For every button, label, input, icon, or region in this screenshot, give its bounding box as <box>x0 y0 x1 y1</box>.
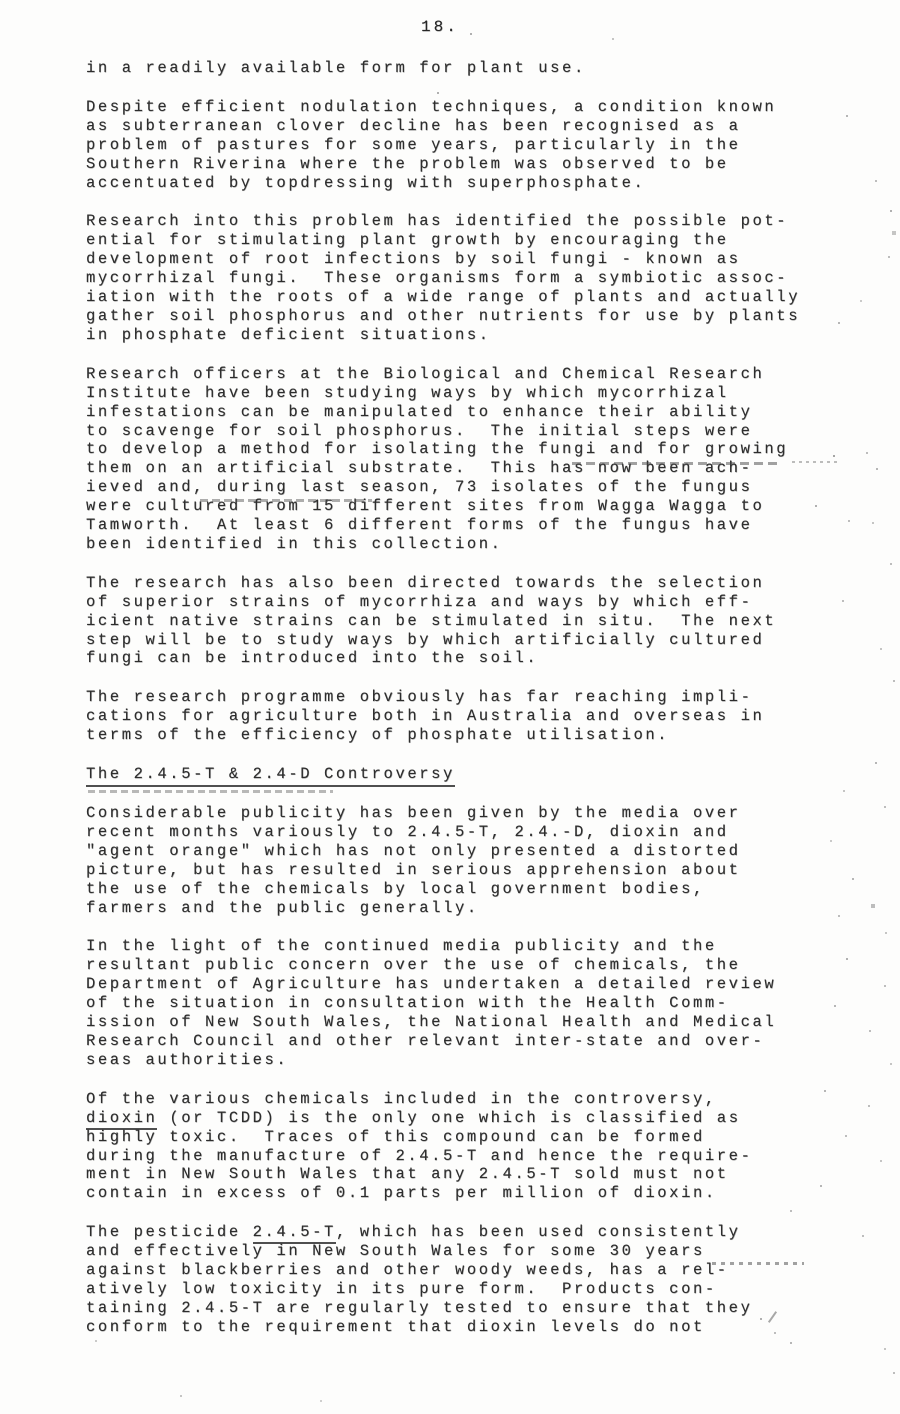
text-line: as subterranean clover decline has been … <box>86 117 846 136</box>
text-line: The research programme obviously has far… <box>86 688 846 707</box>
text-line: Research into this problem has identifie… <box>86 212 846 231</box>
paragraph: In the light of the continued media publ… <box>86 937 846 1069</box>
text-line: Research officers at the Biological and … <box>86 365 846 384</box>
text-line: Tamworth. At least 6 different forms of … <box>86 516 846 535</box>
text-line: Institute have been studying ways by whi… <box>86 384 846 403</box>
paragraph: Considerable publicity has been given by… <box>86 804 846 917</box>
text-line: taining 2.4.5-T are regularly tested to … <box>86 1299 846 1318</box>
text-line: fungi can be introduced into the soil. <box>86 649 846 668</box>
text-line: the use of the chemicals by local govern… <box>86 880 846 899</box>
text-line: to develop a method for isolating the fu… <box>86 440 846 459</box>
text-line: dioxin (or TCDD) is the only one which i… <box>86 1109 846 1128</box>
text-line: highly toxic. Traces of this compound ca… <box>86 1128 846 1147</box>
text-line: gather soil phosphorus and other nutrien… <box>86 307 846 326</box>
text-line: atively low toxicity in its pure form. P… <box>86 1280 846 1299</box>
text-line: been identified in this collection. <box>86 535 846 554</box>
text-line: The research has also been directed towa… <box>86 574 846 593</box>
text-line: infestations can be manipulated to enhan… <box>86 403 846 422</box>
text-line: Southern Riverina where the problem was … <box>86 155 846 174</box>
text-line: seas authorities. <box>86 1051 846 1070</box>
text-line: ission of New South Wales, the National … <box>86 1013 846 1032</box>
paragraph: The research has also been directed towa… <box>86 574 846 669</box>
text-line: conform to the requirement that dioxin l… <box>86 1318 846 1337</box>
text-line: ieved and, during last season, 73 isolat… <box>86 478 846 497</box>
text-line: problem of pastures for some years, part… <box>86 136 846 155</box>
text-line: and effectively in New South Wales for s… <box>86 1242 846 1261</box>
text-line: of superior strains of mycorrhiza and wa… <box>86 593 846 612</box>
text-line: picture, but has resulted in serious app… <box>86 861 846 880</box>
document-page: 18. in a readily available form for plan… <box>0 0 900 1414</box>
text-line: development of root infections by soil f… <box>86 250 846 269</box>
text-line: of the situation in consultation with th… <box>86 994 846 1013</box>
text-line: them on an artificial substrate. This ha… <box>86 459 846 478</box>
text-line: Considerable publicity has been given by… <box>86 804 846 823</box>
text-line: cations for agriculture both in Australi… <box>86 707 846 726</box>
document-text: in a readily available form for plant us… <box>86 0 846 1357</box>
text-line: to scavenge for soil phosphorus. The ini… <box>86 422 846 441</box>
text-line: In the light of the continued media publ… <box>86 937 846 956</box>
text-line: in phosphate deficient situations. <box>86 326 846 345</box>
text-line: against blackberries and other woody wee… <box>86 1261 846 1280</box>
text-line: were cultured from 15 different sites fr… <box>86 497 846 516</box>
paragraph: Despite efficient nodulation techniques,… <box>86 98 846 193</box>
text-line: accentuated by topdressing with superpho… <box>86 174 846 193</box>
text-line: Department of Agriculture has undertaken… <box>86 975 846 994</box>
text-line: icient native strains can be stimulated … <box>86 612 846 631</box>
text-line: contain in excess of 0.1 parts per milli… <box>86 1184 846 1203</box>
paragraph: Research into this problem has identifie… <box>86 212 846 344</box>
text-line: iation with the roots of a wide range of… <box>86 288 846 307</box>
text-line: resultant public concern over the use of… <box>86 956 846 975</box>
text-line: ment in New South Wales that any 2.4.5-T… <box>86 1165 846 1184</box>
text-line: Research Council and other relevant inte… <box>86 1032 846 1051</box>
paragraph: Research officers at the Biological and … <box>86 365 846 554</box>
text-line: Despite efficient nodulation techniques,… <box>86 98 846 117</box>
paragraph: Of the various chemicals included in the… <box>86 1090 846 1203</box>
text-line: recent months variously to 2.4.5-T, 2.4.… <box>86 823 846 842</box>
text-line: farmers and the public generally. <box>86 899 846 918</box>
text-line: during the manufacture of 2.4.5-T and he… <box>86 1147 846 1166</box>
paragraph: The research programme obviously has far… <box>86 688 846 745</box>
text-line: in a readily available form for plant us… <box>86 59 846 78</box>
section-heading: The 2.4.5-T & 2.4-D Controversy <box>86 765 846 784</box>
paragraph: in a readily available form for plant us… <box>86 59 846 78</box>
text-line: "agent orange" which has not only presen… <box>86 842 846 861</box>
text-line: The pesticide 2.4.5-T, which has been us… <box>86 1223 846 1242</box>
paragraph: The pesticide 2.4.5-T, which has been us… <box>86 1223 846 1336</box>
text-line: step will be to study ways by which arti… <box>86 631 846 650</box>
text-line: mycorrhizal fungi. These organisms form … <box>86 269 846 288</box>
scan-noise <box>0 0 2 2</box>
text-line: terms of the efficiency of phosphate uti… <box>86 726 846 745</box>
text-line: Of the various chemicals included in the… <box>86 1090 846 1109</box>
text-line: ential for stimulating plant growth by e… <box>86 231 846 250</box>
